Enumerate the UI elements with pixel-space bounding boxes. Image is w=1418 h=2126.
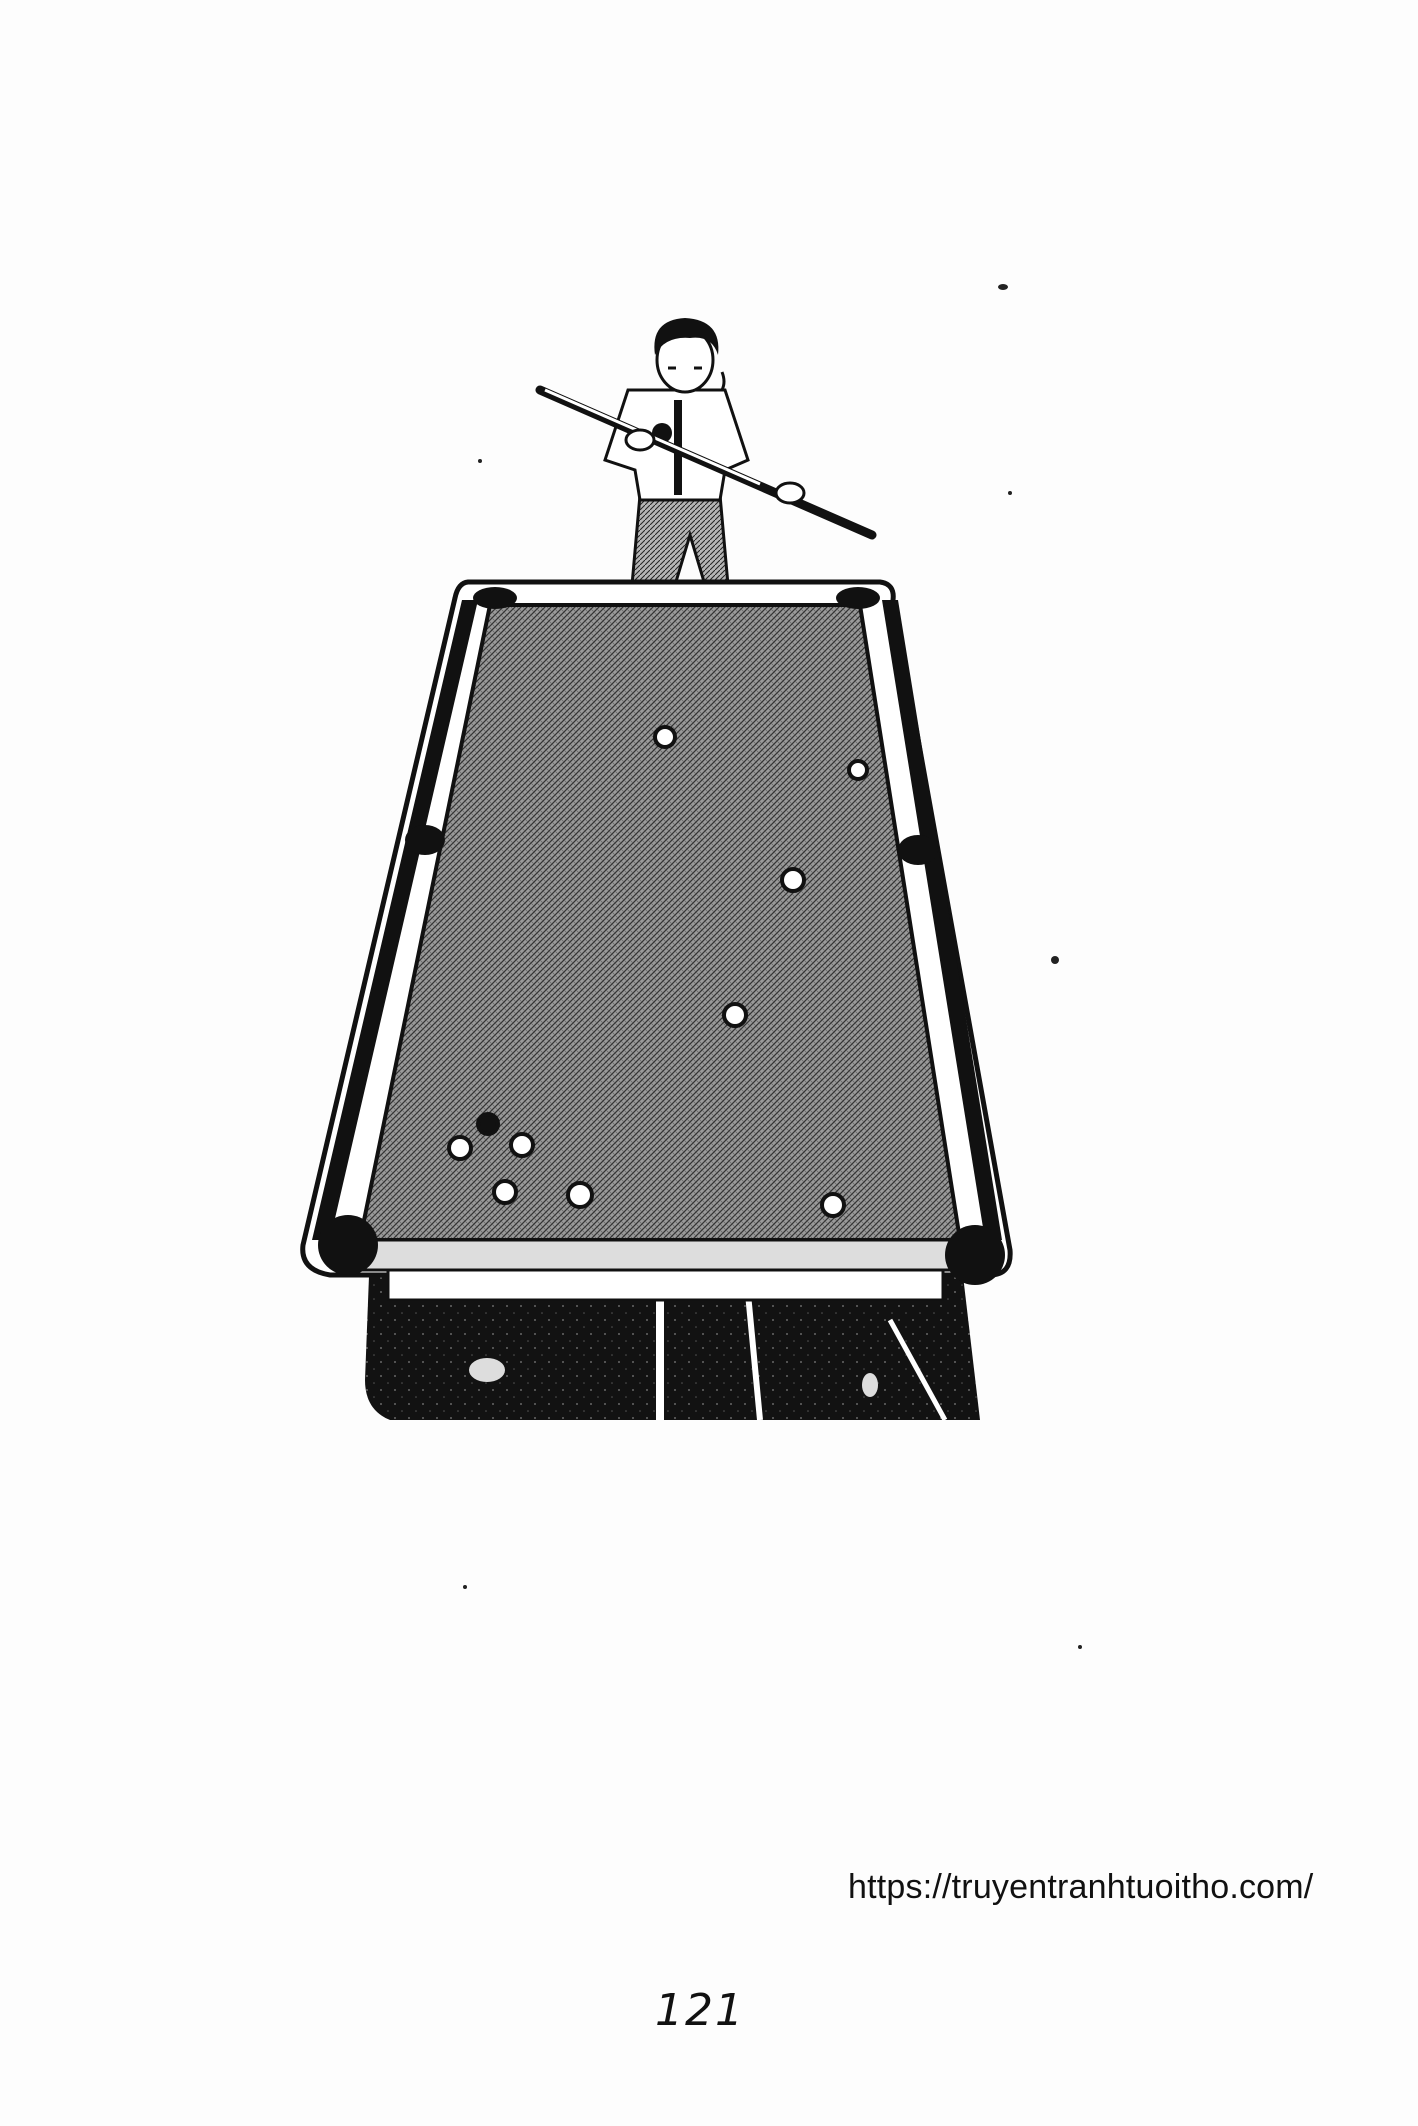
boy-with-cue [540, 318, 872, 585]
pool-table-illustration [0, 0, 1418, 2126]
pool-table [303, 582, 1010, 1300]
pocket [405, 825, 445, 855]
pocket [318, 1215, 378, 1275]
watermark-url: https://truyentranhtuoitho.com/ [848, 1868, 1313, 1907]
pocket [836, 587, 880, 609]
comic-page: https://truyentranhtuoitho.com/ 121 [0, 0, 1418, 2126]
page-number: 121 [655, 1985, 745, 2036]
pocket [473, 587, 517, 609]
pocket [945, 1225, 1005, 1285]
pocket [898, 835, 938, 865]
